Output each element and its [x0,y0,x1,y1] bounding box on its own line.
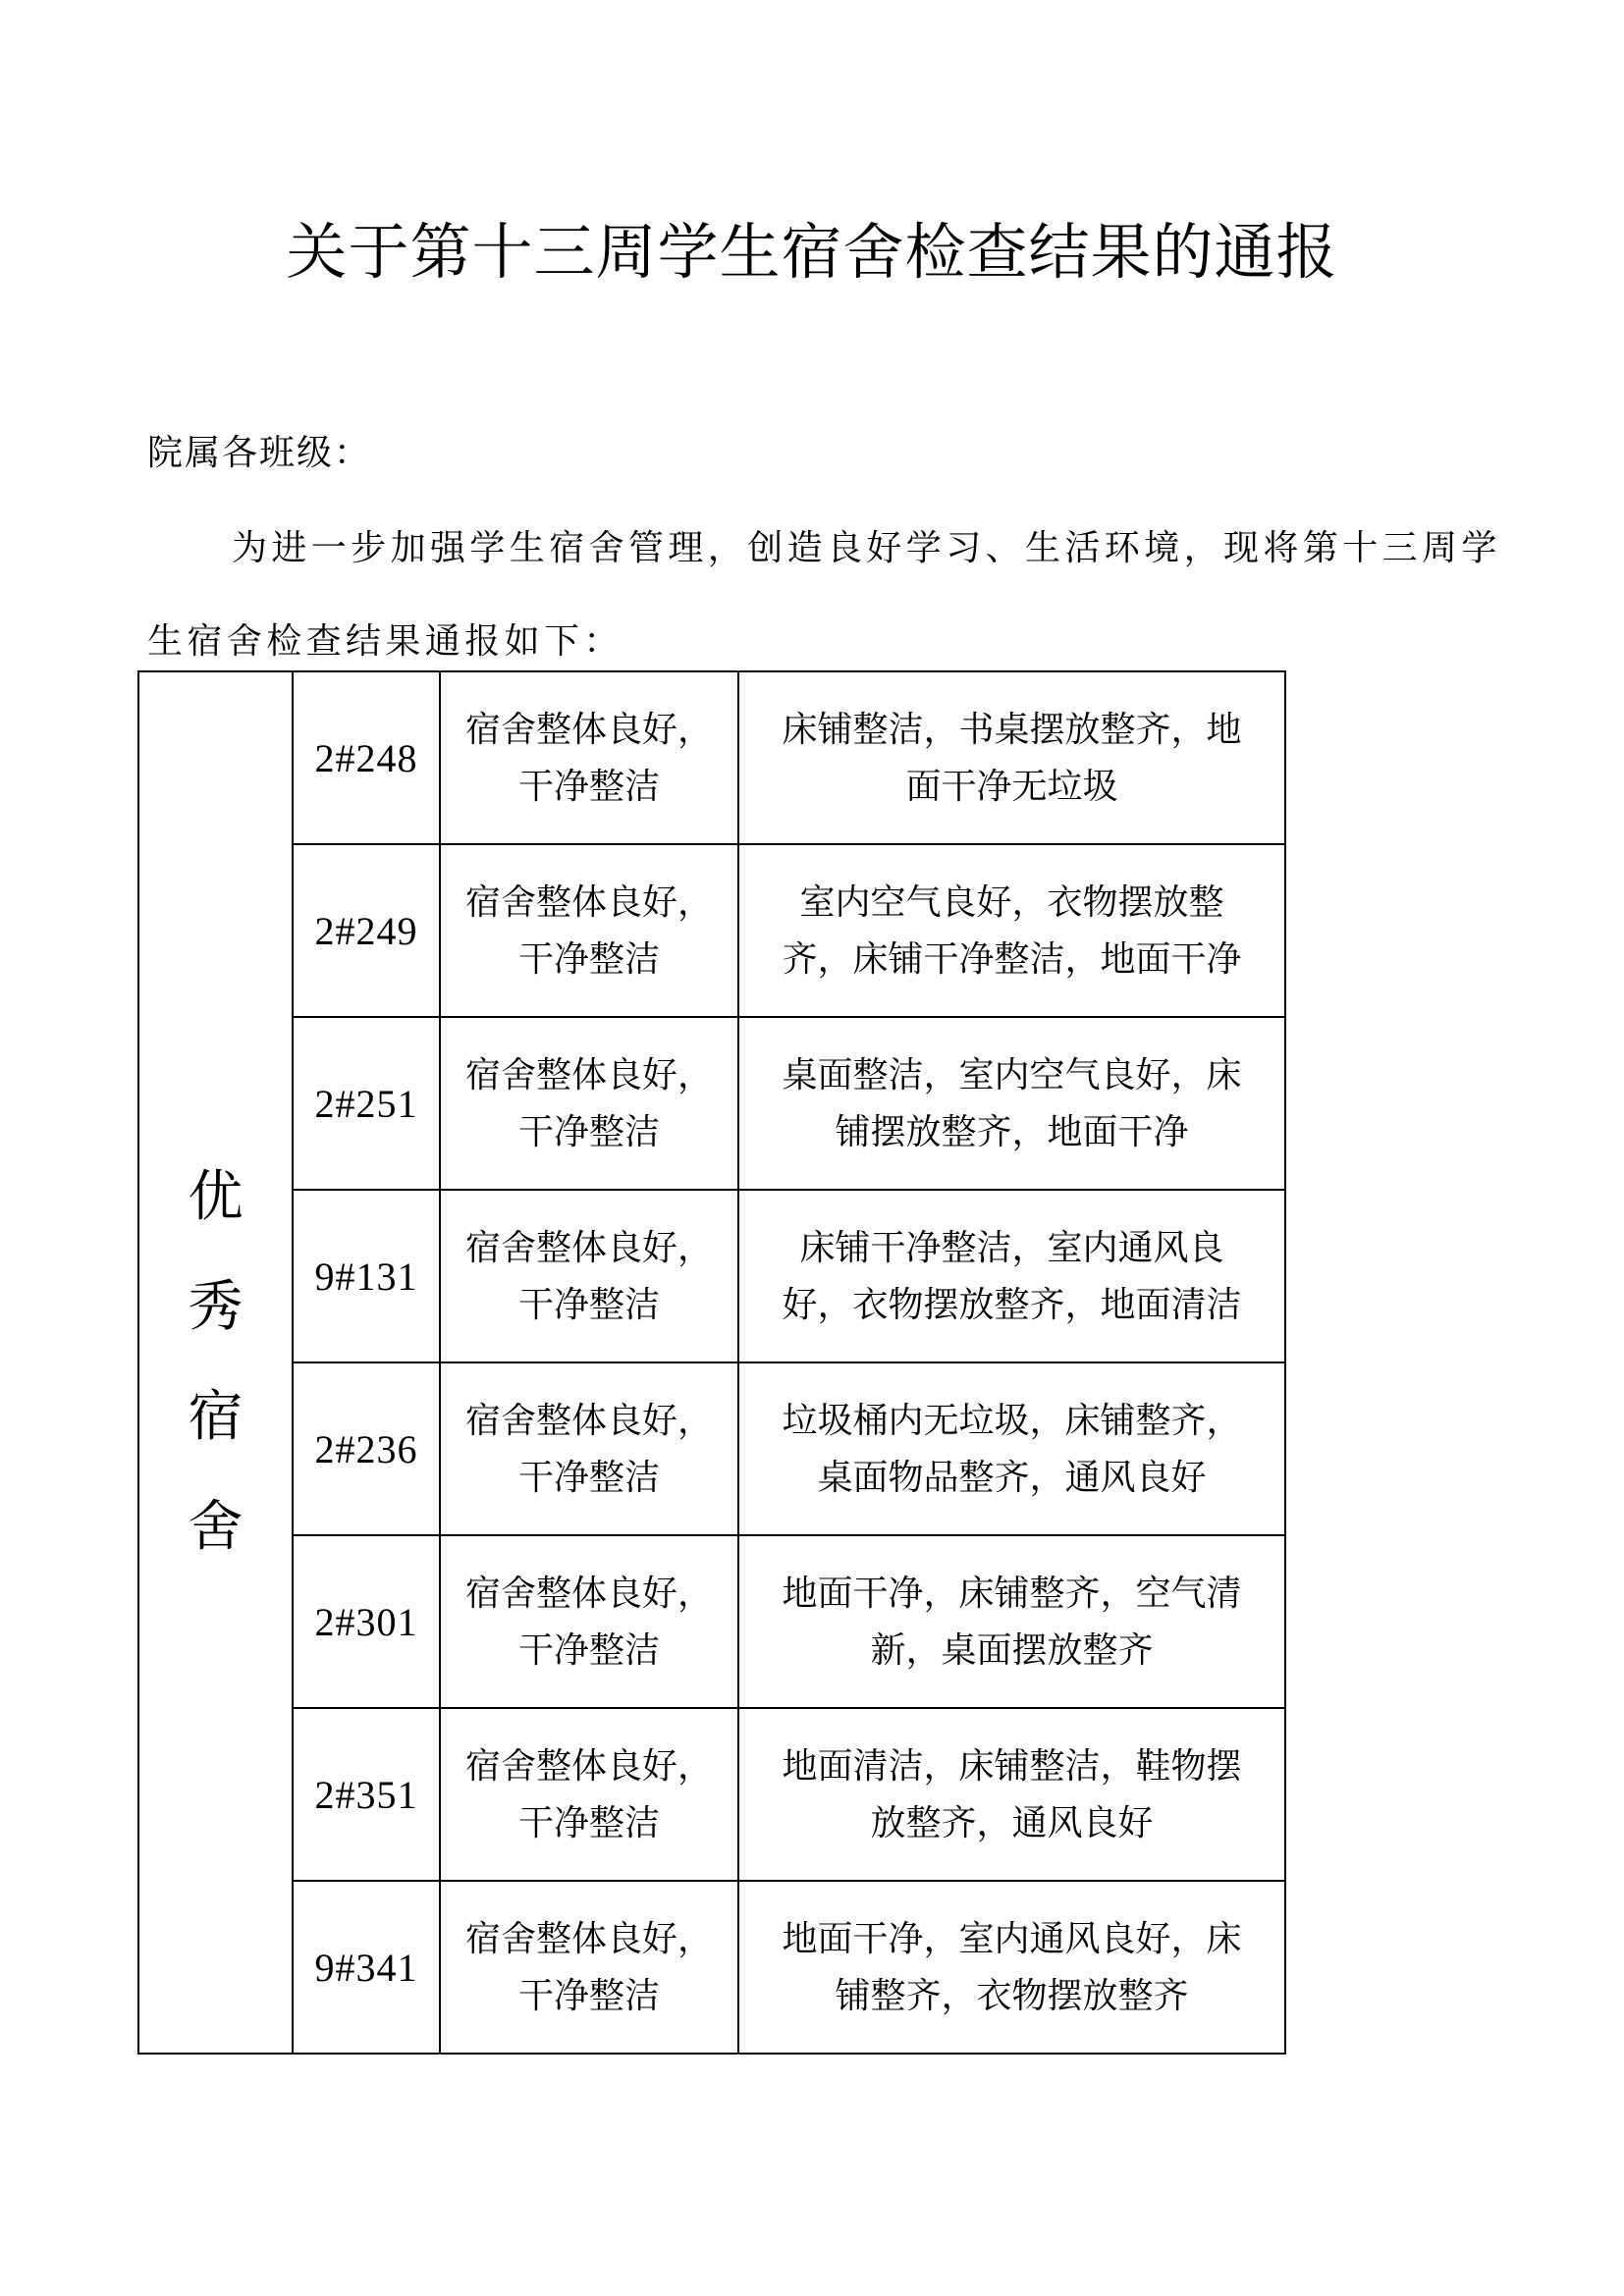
table-row: 2#236 宿舍整体良好，干净整洁 垃圾桶内无垃圾，床铺整齐，桌面物品整齐，通风… [138,1362,1285,1535]
table-row: 2#351 宿舍整体良好，干净整洁 地面清洁，床铺整洁，鞋物摆放整齐，通风良好 [138,1708,1285,1881]
detail-cell: 床铺干净整洁，室内通风良好，衣物摆放整齐，地面清洁 [738,1190,1285,1362]
room-cell: 2#249 [293,844,440,1017]
room-cell: 2#248 [293,671,440,844]
overall-cell: 宿舍整体良好，干净整洁 [440,671,738,844]
detail-cell: 地面干净，室内通风良好，床铺整齐，衣物摆放整齐 [738,1881,1285,2054]
overall-cell: 宿舍整体良好，干净整洁 [440,844,738,1017]
detail-cell: 室内空气良好，衣物摆放整齐，床铺干净整洁，地面干净 [738,844,1285,1017]
overall-cell: 宿舍整体良好，干净整洁 [440,1708,738,1881]
room-cell: 9#341 [293,1881,440,2054]
table-row: 2#249 宿舍整体良好，干净整洁 室内空气良好，衣物摆放整齐，床铺干净整洁，地… [138,844,1285,1017]
table-row: 优秀宿舍 2#248 宿舍整体良好，干净整洁 床铺整洁，书桌摆放整齐，地面干净无… [138,671,1285,844]
overall-cell: 宿舍整体良好，干净整洁 [440,1017,738,1190]
detail-cell: 桌面整洁，室内空气良好，床铺摆放整齐，地面干净 [738,1017,1285,1190]
document-title: 关于第十三周学生宿舍检查结果的通报 [0,208,1624,298]
overall-cell: 宿舍整体良好，干净整洁 [440,1190,738,1362]
overall-cell: 宿舍整体良好，干净整洁 [440,1535,738,1708]
table-row: 9#341 宿舍整体良好，干净整洁 地面干净，室内通风良好，床铺整齐，衣物摆放整… [138,1881,1285,2054]
table-row: 2#301 宿舍整体良好，干净整洁 地面干净，床铺整齐，空气清新，桌面摆放整齐 [138,1535,1285,1708]
overall-cell: 宿舍整体良好，干净整洁 [440,1881,738,2054]
salutation: 院属各班级： [147,427,371,478]
room-cell: 2#251 [293,1017,440,1190]
intro-paragraph-line-1: 为进一步加强学生宿舍管理，创造良好学习、生活环境，现将第十三周学 [147,522,1496,573]
table-row: 2#251 宿舍整体良好，干净整洁 桌面整洁，室内空气良好，床铺摆放整齐，地面干… [138,1017,1285,1190]
intro-paragraph-line-2: 生宿舍检查结果通报如下： [147,615,1496,667]
detail-cell: 地面清洁，床铺整洁，鞋物摆放整齐，通风良好 [738,1708,1285,1881]
room-cell: 9#131 [293,1190,440,1362]
overall-cell: 宿舍整体良好，干净整洁 [440,1362,738,1535]
room-cell: 2#351 [293,1708,440,1881]
detail-cell: 床铺整洁，书桌摆放整齐，地面干净无垃圾 [738,671,1285,844]
room-cell: 2#236 [293,1362,440,1535]
detail-cell: 地面干净，床铺整齐，空气清新，桌面摆放整齐 [738,1535,1285,1708]
room-cell: 2#301 [293,1535,440,1708]
table-row: 9#131 宿舍整体良好，干净整洁 床铺干净整洁，室内通风良好，衣物摆放整齐，地… [138,1190,1285,1362]
category-cell: 优秀宿舍 [138,671,293,2054]
detail-cell: 垃圾桶内无垃圾，床铺整齐，桌面物品整齐，通风良好 [738,1362,1285,1535]
document-page: 关于第十三周学生宿舍检查结果的通报 院属各班级： 为进一步加强学生宿舍管理，创造… [0,0,1624,2296]
inspection-table: 优秀宿舍 2#248 宿舍整体良好，干净整洁 床铺整洁，书桌摆放整齐，地面干净无… [137,670,1286,2055]
